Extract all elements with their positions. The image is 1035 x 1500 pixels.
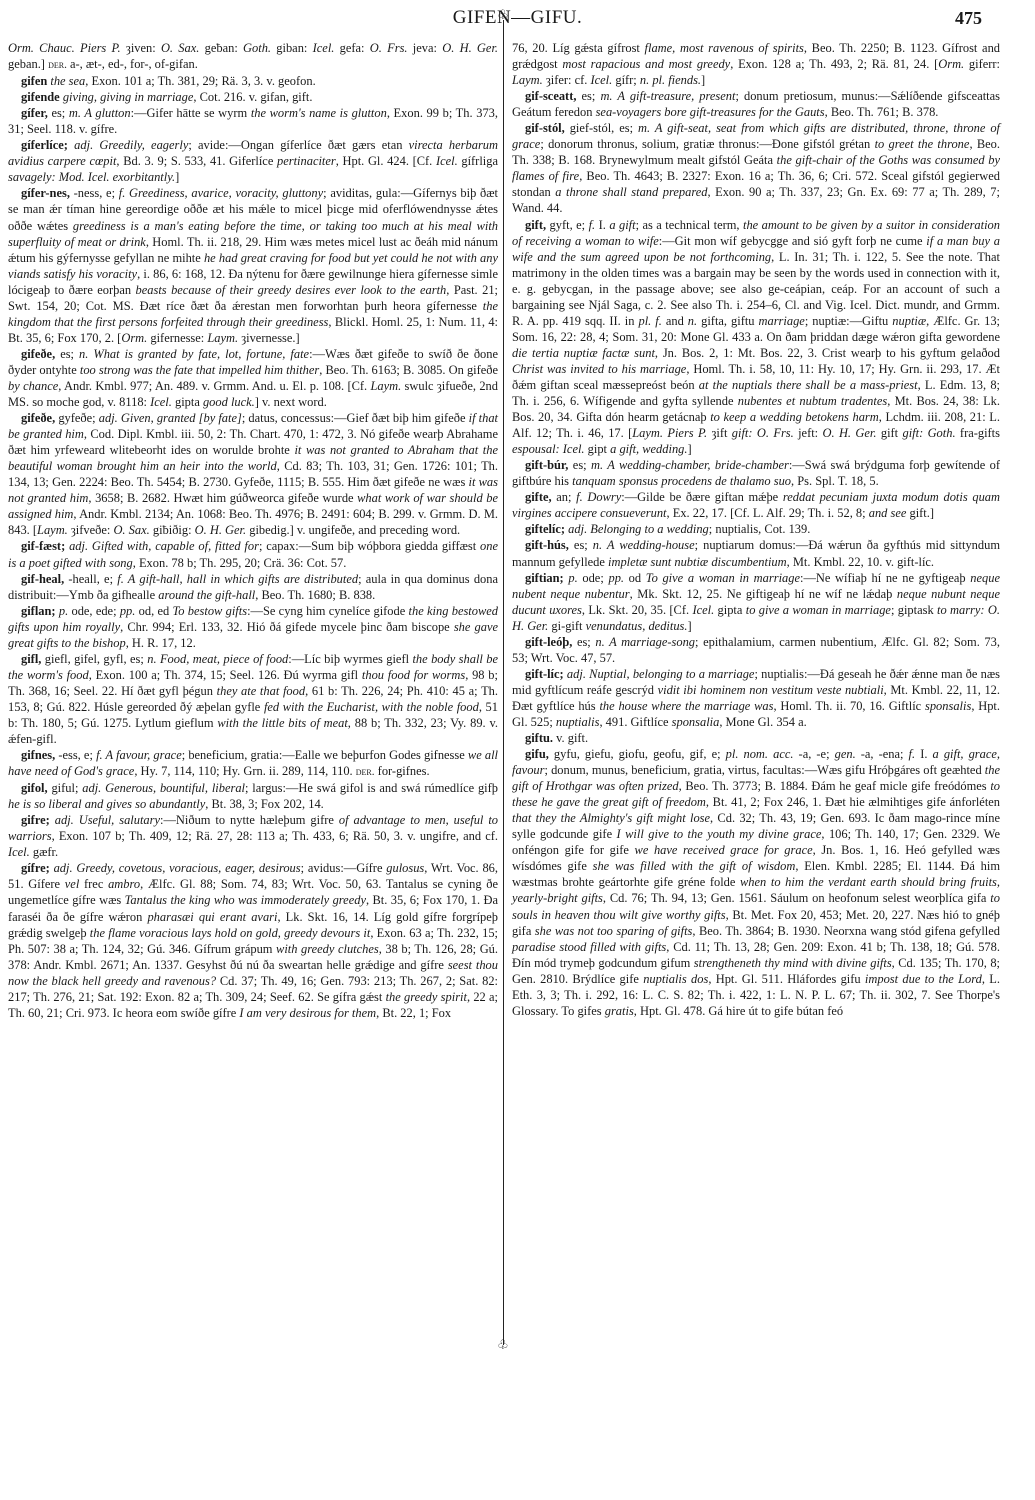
gloss-italic: venundatus, deditus. bbox=[586, 619, 688, 633]
headword: gifnes, bbox=[21, 748, 55, 762]
gloss-italic: vel bbox=[65, 877, 80, 891]
gloss-italic: Laym. bbox=[370, 379, 401, 393]
dictionary-entry: gífer, es; m. A glutton:—Gifer hātte se … bbox=[8, 105, 498, 137]
gloss-italic: p. bbox=[568, 571, 577, 585]
gloss-italic: m. A wedding-chamber, bride-chamber bbox=[591, 458, 789, 472]
entry-text: a-, æt-, ed-, for-, of-gifan. bbox=[67, 57, 198, 71]
gloss-italic: a throne shall stand prepared bbox=[555, 185, 707, 199]
entry-text: , Mk. Skt. 12, 25. Ne giftigeaþ hí ne wí… bbox=[630, 587, 897, 601]
headword: gift-líc; bbox=[525, 667, 564, 681]
entry-text: , Hy. 7, 114, 110; Hy. Grn. ii. 289, 114… bbox=[134, 764, 355, 778]
gloss-italic: Orm. bbox=[121, 331, 147, 345]
entry-text: ; donum, munus, beneficium, gratia, virt… bbox=[544, 763, 984, 777]
entry-text: es; bbox=[55, 347, 79, 361]
headword: giftu. bbox=[525, 731, 553, 745]
gloss-italic: she was not too sparing of gifts bbox=[535, 924, 693, 938]
gloss-italic: pl. nom. acc. bbox=[726, 747, 794, 761]
gloss-italic: n. pl. fiends. bbox=[640, 73, 701, 87]
headword: gift-búr, bbox=[525, 458, 568, 472]
entry-text: jeva: bbox=[408, 41, 443, 55]
entry-text: , Bt. 38, 3; Fox 202, 14. bbox=[205, 797, 324, 811]
headword: gífer, bbox=[21, 106, 48, 120]
gloss-italic: sea-voyagers bore gift-treasures for the… bbox=[596, 105, 825, 119]
gloss-italic: f. Greediness, avarice, voracity, glutto… bbox=[119, 186, 323, 200]
dictionary-entry: giftelíc; adj. Belonging to a wedding; n… bbox=[512, 521, 1000, 537]
entry-text: ; beneficium, gratia:—Ealle we beþurfon … bbox=[182, 748, 468, 762]
gloss-italic: the sea bbox=[50, 74, 85, 88]
gloss-italic: they ate that food bbox=[217, 684, 305, 698]
entry-text: od, ed bbox=[135, 604, 172, 618]
entry-text: I. bbox=[915, 747, 932, 761]
entry-text: , Beo. Th. 3773; B. 1884. Ðám he geaf mi… bbox=[679, 779, 991, 793]
gloss-italic: the greedy spirit bbox=[386, 990, 467, 1004]
gloss-italic: nubentes et nubtum tradentes bbox=[738, 394, 888, 408]
entry-text: gífrliga bbox=[458, 154, 498, 168]
gloss-italic: n. What is granted by fate, lot, fortune… bbox=[79, 347, 309, 361]
gloss-italic: O. H. Ger. bbox=[195, 523, 246, 537]
gloss-italic: most rapacious and most greedy bbox=[562, 57, 730, 71]
entry-text: -a, -ena; bbox=[856, 747, 909, 761]
entry-text: , 491. Giftlíce bbox=[599, 715, 671, 729]
entry-text: , Cd. 76; Th. 94, 13; Gen. 1561. Sáulum … bbox=[603, 891, 990, 905]
entry-text: -ess, e; bbox=[55, 748, 96, 762]
entry-text: , Beo. Th. 3864; B. 1930. Neorxna wang s… bbox=[692, 924, 1000, 938]
gloss-italic: thou food for worms bbox=[362, 668, 465, 682]
entry-text: gyft, e; bbox=[546, 218, 588, 232]
gloss-italic: fed with the Eucharist, with the noble f… bbox=[264, 700, 479, 714]
headword: gífer-nes, bbox=[21, 186, 70, 200]
entry-text: ; donorum thronus, solium, gratiæ thronu… bbox=[540, 137, 874, 151]
dictionary-entry: gifre; adj. Useful, salutary:—Niðum to n… bbox=[8, 812, 498, 860]
headword: gifre; bbox=[21, 813, 50, 827]
entry-text: , Ex. 22, 17. [Cf. L. Alf. 29; Th. i. 52… bbox=[667, 506, 869, 520]
gloss-italic: Icel. bbox=[150, 395, 172, 409]
entry-text: :—Gilde be ðære giftan mǽþe bbox=[621, 490, 783, 504]
entry-text: es; bbox=[576, 89, 600, 103]
entry-text: ȝivernesse.] bbox=[238, 331, 300, 345]
gloss-italic: n. Food, meat, piece of food bbox=[147, 652, 288, 666]
gloss-italic: he is so liberal and gives so abundantly bbox=[8, 797, 205, 811]
fleuron-icon: ♧ bbox=[497, 1338, 509, 1351]
dictionary-entry: gif-heal, -heall, e; f. A gift-hall, hal… bbox=[8, 571, 498, 603]
gloss-italic: nuptialis dos bbox=[643, 972, 708, 986]
gloss-italic: tanquam sponsus procedens de thalamo suo bbox=[572, 474, 791, 488]
entry-text: es; bbox=[568, 458, 591, 472]
entry-text: an; bbox=[552, 490, 577, 504]
small-caps-label: der. bbox=[356, 766, 375, 778]
entry-text: ; nuptiæ:—Giftu bbox=[805, 314, 892, 328]
gloss-italic: impost due to the Lord bbox=[865, 972, 982, 986]
gloss-italic: n. bbox=[688, 314, 697, 328]
gloss-italic: Tantalus the king who was immoderately g… bbox=[125, 893, 366, 907]
dictionary-entry: gifol, giful; adj. Generous, bountiful, … bbox=[8, 780, 498, 812]
headword: gifu, bbox=[525, 747, 549, 761]
entry-text: gyfeðe; bbox=[55, 411, 99, 425]
entry-text: -ness, e; bbox=[70, 186, 119, 200]
entry-text: frec bbox=[79, 877, 108, 891]
headword: giflan; bbox=[21, 604, 56, 618]
headword: gif-fæst; bbox=[21, 539, 65, 553]
gloss-italic: O. Frs. bbox=[370, 41, 408, 55]
headword: gifeðe, bbox=[21, 411, 55, 425]
entry-text: ; nuptialis, Cot. 139. bbox=[709, 522, 811, 536]
gloss-italic: adj. Useful, salutary bbox=[55, 813, 160, 827]
gloss-italic: with the little bits of meat bbox=[217, 716, 347, 730]
entry-text: ; avidus:—Gífre bbox=[301, 861, 387, 875]
entry-text: ; datus, concessus:—Gief ðæt biþ him gif… bbox=[242, 411, 469, 425]
gloss-italic: gen. bbox=[835, 747, 856, 761]
entry-text: , Exon. 78 b; Th. 295, 20; Crä. 36: Cot.… bbox=[133, 556, 347, 570]
entry-text: jeft: bbox=[794, 426, 823, 440]
gloss-italic: adj. Belonging to a wedding bbox=[568, 522, 709, 536]
gloss-italic: the worm's name is glutton bbox=[251, 106, 387, 120]
gloss-italic: around the gift-hall bbox=[158, 588, 255, 602]
entry-text: gipt bbox=[585, 442, 611, 456]
entry-text: for-gifnes. bbox=[375, 764, 430, 778]
dictionary-entry: giftian; p. ode; pp. od To give a woman … bbox=[512, 570, 1000, 634]
entry-text: ȝifer: cf. bbox=[543, 73, 591, 87]
gloss-italic: pl. f. bbox=[638, 314, 661, 328]
gloss-italic: a gift bbox=[609, 218, 635, 232]
entry-text: :—Gifer hātte se wyrm bbox=[131, 106, 251, 120]
gloss-italic: To bestow gifts bbox=[173, 604, 248, 618]
headword: gifen bbox=[21, 74, 47, 88]
entry-text: gæfr. bbox=[30, 845, 58, 859]
entry-text: , Hpt. Gl. 478. Gá hire út to gife bútan… bbox=[634, 1004, 843, 1018]
gloss-italic: pp. bbox=[608, 571, 624, 585]
entry-text: ] bbox=[688, 442, 692, 456]
dictionary-entry: gifu, gyfu, giefu, giofu, geofu, gif, e;… bbox=[512, 746, 1000, 1019]
entry-text: ; largus:—He swá gifol is and swá rúmedl… bbox=[245, 781, 498, 795]
gloss-italic: Laym. bbox=[207, 331, 238, 345]
dictionary-entry: Orm. Chauc. Piers P. ȝiven: O. Sax. geƀa… bbox=[8, 40, 498, 73]
entry-text: gefa: bbox=[334, 41, 369, 55]
gloss-italic: with greedy clutches bbox=[276, 942, 379, 956]
gloss-italic: we have received grace for grace bbox=[635, 843, 813, 857]
entry-text: ȝifveðe: bbox=[68, 523, 114, 537]
entry-text: , Lk. Skt. 20, 35. [Cf. bbox=[582, 603, 693, 617]
entry-text: giful; bbox=[48, 781, 83, 795]
gloss-italic: O. Sax. bbox=[113, 523, 149, 537]
gloss-italic: adj. Generous, bountiful, liberal bbox=[82, 781, 245, 795]
headword: gif-sceatt, bbox=[525, 89, 576, 103]
dictionary-entry: gífre; adj. Greedy, covetous, voracious,… bbox=[8, 860, 498, 1020]
gloss-italic: adj. Gifted with, capable of, fitted for bbox=[69, 539, 259, 553]
entry-text: od bbox=[624, 571, 646, 585]
dictionary-entry: gifnes, -ess, e; f. A favour, grace; ben… bbox=[8, 747, 498, 780]
entry-text: , Andr. Kmbl. 977; An. 489. v. Grmm. And… bbox=[58, 379, 370, 393]
gloss-italic: Laym. bbox=[37, 523, 68, 537]
entry-text: , Chr. 994; Erl. 133, 32. Hió ðá gifede … bbox=[120, 620, 454, 634]
dictionary-entry: giftu. v. gift. bbox=[512, 730, 1000, 746]
entry-text: gift.] bbox=[906, 506, 934, 520]
entry-text: , Beo. Th. 1680; B. 838. bbox=[255, 588, 375, 602]
entry-text: , Beo. Th. 6163; B. 3085. On gifeðe bbox=[319, 363, 498, 377]
entry-text: es; bbox=[572, 635, 595, 649]
entry-text: gibedig.] v. ungifeðe, and preceding wor… bbox=[246, 523, 460, 537]
entry-text: :—Niðum to nytte hæleþum gifre bbox=[160, 813, 339, 827]
gloss-italic: paradise stood filled with gifts bbox=[512, 940, 666, 954]
entry-text: , H. R. 17, 12. bbox=[126, 636, 196, 650]
headword: gíferlíce; bbox=[21, 138, 68, 152]
gloss-italic: gratis bbox=[605, 1004, 634, 1018]
entry-text: giefl, gifel, gyfl, es; bbox=[41, 652, 147, 666]
gloss-italic: Goth. bbox=[243, 41, 271, 55]
gloss-italic: Icel. bbox=[692, 603, 714, 617]
gloss-italic: Icel. bbox=[313, 41, 335, 55]
entry-text: , Exon. 128 a; Th. 493, 2; Rä. 81, 24. [ bbox=[730, 57, 938, 71]
dictionary-entry: gif-stól, gief-stól, es; m. A gift-seat,… bbox=[512, 120, 1000, 216]
entry-text: , Bd. 3. 9; S. 533, 41. Giferlíce bbox=[116, 154, 277, 168]
page-header: GIFEN—GIFU. 475 bbox=[0, 4, 1035, 32]
gloss-italic: adj. Nuptial, belonging to a marriage bbox=[567, 667, 755, 681]
gloss-italic: nuptiæ bbox=[892, 314, 926, 328]
gloss-italic: savagely: Mod. Icel. exorbitantly. bbox=[8, 170, 175, 184]
headword: gifl, bbox=[21, 652, 41, 666]
entry-text: 76, 20. Líg gǽsta gífrost bbox=[512, 41, 645, 55]
entry-text: gift bbox=[876, 426, 902, 440]
entry-text: ] v. next word. bbox=[255, 395, 327, 409]
gloss-italic: adj. Greedily, eagerly bbox=[74, 138, 188, 152]
entry-text: giferr: bbox=[964, 57, 1000, 71]
entry-text: -a, -e; bbox=[793, 747, 834, 761]
entry-text: , Jn. Bos. 2, 1: Mt. Bos. 22, 3. Crist w… bbox=[655, 346, 1000, 360]
headword: gifeðe, bbox=[21, 347, 55, 361]
entry-text: and bbox=[662, 314, 688, 328]
fleuron-icon: ♧ bbox=[497, 8, 509, 21]
gloss-italic: O. Sax. bbox=[161, 41, 199, 55]
entry-text: gifta, giftu bbox=[697, 314, 758, 328]
headword: gift-hús, bbox=[525, 538, 569, 552]
headword: gif-stól, bbox=[525, 121, 565, 135]
dictionary-entry: gíferlíce; adj. Greedily, eagerly; avide… bbox=[8, 137, 498, 185]
gloss-italic: die tertia nuptiæ factæ sunt bbox=[512, 346, 655, 360]
entry-text: , Mone Gl. 354 a. bbox=[719, 715, 806, 729]
dictionary-entry: gift-leóþ, es; n. A marriage-song; epith… bbox=[512, 634, 1000, 666]
entry-text: , 3658; B. 2682. Hwæt him gúðweorca gife… bbox=[88, 491, 357, 505]
entry-text: geƀan: bbox=[199, 41, 243, 55]
gloss-italic: the house where the marriage was bbox=[599, 699, 773, 713]
gloss-italic: adj. Greedy, covetous, voracious, eager,… bbox=[54, 861, 301, 875]
gloss-italic: and see bbox=[869, 506, 907, 520]
entry-text: fra-gifts bbox=[956, 426, 1000, 440]
entry-text: gief-stól, es; bbox=[565, 121, 638, 135]
gloss-italic: m. A glutton bbox=[69, 106, 131, 120]
small-caps-label: der. bbox=[48, 59, 67, 71]
entry-text: gipta bbox=[714, 603, 746, 617]
column-divider bbox=[503, 20, 504, 1345]
gloss-italic: f. A favour, grace bbox=[96, 748, 182, 762]
entry-text: :—Git mon wíf gebycgge and sió gyft forþ… bbox=[659, 234, 927, 248]
entry-text: ; capax:—Sum biþ wóþbora giedda giffæst bbox=[259, 539, 480, 553]
gloss-italic: Icel. bbox=[590, 73, 612, 87]
gloss-italic: marriage bbox=[759, 314, 805, 328]
gloss-italic: O. H. Ger. bbox=[442, 41, 498, 55]
gloss-italic: giving, giving in marriage bbox=[63, 90, 194, 104]
entry-text: ] bbox=[688, 619, 692, 633]
entry-text: ] bbox=[175, 170, 179, 184]
entry-text: ; giptask bbox=[891, 603, 937, 617]
gloss-italic: beasts because of their greedy desires e… bbox=[136, 283, 447, 297]
entry-text: , Mt. Kmbl. 22, 10. v. gift-líc. bbox=[787, 555, 934, 569]
dictionary-entry: gífer-nes, -ness, e; f. Greediness, avar… bbox=[8, 185, 498, 345]
headword: gifte, bbox=[525, 490, 552, 504]
gloss-italic: gift: Goth. bbox=[902, 426, 955, 440]
entry-text: ode; bbox=[578, 571, 609, 585]
gloss-italic: Orm. bbox=[938, 57, 964, 71]
gloss-italic: pertinaciter bbox=[277, 154, 336, 168]
entry-text: , Homl. Th. ii. 70, 16. Giftlíc bbox=[773, 699, 925, 713]
entry-text: , Beo. Th. 761; B. 378. bbox=[825, 105, 939, 119]
entry-text: :—Líc biþ wyrmes giefl bbox=[288, 652, 412, 666]
gloss-italic: adj. Given, granted [by fate] bbox=[99, 411, 242, 425]
entry-text: giƀiðig: bbox=[150, 523, 195, 537]
headword: gif-heal, bbox=[21, 572, 64, 586]
gloss-italic: gulosus bbox=[386, 861, 424, 875]
gloss-italic: p. bbox=[59, 604, 68, 618]
dictionary-entry: gifende giving, giving in marriage, Cot.… bbox=[8, 89, 498, 105]
entry-text: I. bbox=[595, 218, 609, 232]
entry-text: , Exon. 100 a; Th. 374, 15; Seel. 126. Ð… bbox=[89, 668, 362, 682]
gloss-italic: espousal: Icel. bbox=[512, 442, 585, 456]
gloss-italic: m. A gift-treasure, present bbox=[600, 89, 735, 103]
right-column: 76, 20. Líg gǽsta gífrost flame, most ra… bbox=[512, 40, 1000, 1019]
gloss-italic: she was filled with the gift of wisdom bbox=[593, 859, 796, 873]
entry-text: ] bbox=[701, 73, 705, 87]
gloss-italic: pp. bbox=[120, 604, 136, 618]
gloss-italic: the flame voracious lays hold on gold, g… bbox=[90, 926, 371, 940]
gloss-italic: Icel. bbox=[8, 845, 30, 859]
entry-text: , Hpt. Gl. 511. Hláfordes gifu bbox=[708, 972, 865, 986]
entry-text: ȝift bbox=[707, 426, 732, 440]
entry-text: :—Ne wífiaþ hí ne ne gyftigeaþ bbox=[800, 571, 970, 585]
entry-text: -heall, e; bbox=[64, 572, 117, 586]
gloss-italic: by chance bbox=[8, 379, 58, 393]
entry-text: , Bt. 22, 1; Fox bbox=[376, 1006, 451, 1020]
gloss-italic: Orm. Chauc. Piers P. bbox=[8, 41, 121, 55]
entry-text: , Exon. 107 b; Th. 409, 12; Rä. 27, 28: … bbox=[52, 829, 498, 843]
entry-text: gifernesse: bbox=[147, 331, 207, 345]
gloss-italic: Laym. Piers P. bbox=[632, 426, 707, 440]
gloss-italic: at the nuptials there shall be a mass-pr… bbox=[699, 378, 918, 392]
gloss-italic: f. Dowry bbox=[576, 490, 621, 504]
gloss-italic: impletæ sunt nubtiæ discumbentium bbox=[608, 555, 787, 569]
headword: gift, bbox=[525, 218, 546, 232]
dictionary-entry: gif-sceatt, es; m. A gift-treasure, pres… bbox=[512, 88, 1000, 120]
headword: gift-leóþ, bbox=[525, 635, 572, 649]
dictionary-entry: gif-fæst; adj. Gifted with, capable of, … bbox=[8, 538, 498, 570]
gloss-italic: that they the Almighty's gift might lose bbox=[512, 811, 710, 825]
entry-text: , Ps. Spl. T. 18, 5. bbox=[791, 474, 879, 488]
gloss-italic: sponsalis bbox=[925, 699, 971, 713]
gloss-italic: O. H. Ger. bbox=[823, 426, 877, 440]
left-column: Orm. Chauc. Piers P. ȝiven: O. Sax. geƀa… bbox=[8, 40, 498, 1021]
entry-text: ȝiven: bbox=[121, 41, 161, 55]
dictionary-entry: gift-búr, es; m. A wedding-chamber, brid… bbox=[512, 457, 1000, 489]
gloss-italic: to give a woman in marriage bbox=[746, 603, 891, 617]
entry-text: geban.] bbox=[8, 57, 48, 71]
headword: giftian; bbox=[525, 571, 564, 585]
gloss-italic: f. A gift-hall, hall in which gifts are … bbox=[117, 572, 358, 586]
headword: gífre; bbox=[21, 861, 50, 875]
entry-text: es; bbox=[48, 106, 69, 120]
dictionary-entry: gifeðe, es; n. What is granted by fate, … bbox=[8, 346, 498, 410]
entry-text: gyfu, giefu, giofu, geofu, gif, e; bbox=[549, 747, 726, 761]
entry-text: gífr; bbox=[612, 73, 640, 87]
dictionary-entry: gifl, giefl, gifel, gyfl, es; n. Food, m… bbox=[8, 651, 498, 747]
gloss-italic: n. A wedding-house bbox=[593, 538, 695, 552]
gloss-italic: I will give to the youth my divine grace bbox=[617, 827, 822, 841]
entry-text: , Bt. 41, 2; Fox 246, 1. Ðæt hie ælmihti… bbox=[706, 795, 1000, 809]
gloss-italic: gift: O. Frs. bbox=[732, 426, 794, 440]
gloss-italic: too strong was the fate that impelled hi… bbox=[80, 363, 319, 377]
entry-text: es; bbox=[569, 538, 593, 552]
entry-text: ode, ede; bbox=[68, 604, 120, 618]
running-head: GIFEN—GIFU. bbox=[0, 7, 1035, 29]
gloss-italic: I am very desirous for them bbox=[239, 1006, 376, 1020]
dictionary-entry: gifen the sea, Exon. 101 a; Th. 381, 29;… bbox=[8, 73, 498, 89]
gloss-italic: Icel. bbox=[436, 154, 458, 168]
gloss-italic: To give a woman in marriage bbox=[646, 571, 800, 585]
headword: giftelíc; bbox=[525, 522, 565, 536]
entry-text: :—Se cyng him cynelíce gifode bbox=[247, 604, 408, 618]
gloss-italic: a gift, wedding. bbox=[610, 442, 687, 456]
gloss-italic: flame, most ravenous of spirits bbox=[645, 41, 804, 55]
gloss-italic: good luck. bbox=[203, 395, 255, 409]
gloss-italic: pharasæi qui erant avari bbox=[147, 910, 277, 924]
gloss-italic: ambro bbox=[108, 877, 140, 891]
gloss-italic: n. A marriage-song bbox=[595, 635, 695, 649]
headword: gifende bbox=[21, 90, 60, 104]
entry-text: giban: bbox=[271, 41, 313, 55]
gloss-italic: to greet the throne bbox=[875, 137, 970, 151]
gloss-italic: sponsalia bbox=[672, 715, 720, 729]
entry-text: , Exon. 101 a; Th. 381, 29; Rä. 3, 3. v.… bbox=[85, 74, 315, 88]
gloss-italic: vidit ibi hominem non vestitum veste nub… bbox=[658, 683, 884, 697]
entry-text: gi-gift bbox=[548, 619, 585, 633]
dictionary-entry: gift-líc; adj. Nuptial, belonging to a m… bbox=[512, 666, 1000, 730]
entry-text: , Hpt. Gl. 424. [Cf. bbox=[336, 154, 436, 168]
entry-text: ; avide:—Ongan gíferlíce ðæt gærs etan bbox=[188, 138, 408, 152]
gloss-italic: Laym. bbox=[512, 73, 543, 87]
entry-text: , Cot. 216. v. gifan, gift. bbox=[193, 90, 312, 104]
gloss-italic: strengtheneth thy mind with divine gifts bbox=[694, 956, 892, 970]
dictionary-entry: gifeðe, gyfeðe; adj. Given, granted [by … bbox=[8, 410, 498, 538]
dictionary-entry: giflan; p. ode, ede; pp. od, ed To besto… bbox=[8, 603, 498, 651]
headword: gifol, bbox=[21, 781, 48, 795]
dictionary-entry: 76, 20. Líg gǽsta gífrost flame, most ra… bbox=[512, 40, 1000, 88]
gloss-italic: to keep a wedding betokens harm bbox=[710, 410, 879, 424]
dictionary-entry: gifte, an; f. Dowry:—Gilde be ðære gifta… bbox=[512, 489, 1000, 521]
entry-text: gipta bbox=[172, 395, 203, 409]
gloss-italic: nuptialis bbox=[556, 715, 600, 729]
entry-text: ; as a technical term, bbox=[636, 218, 743, 232]
dictionary-entry: gift, gyft, e; f. I. a gift; as a techni… bbox=[512, 217, 1000, 458]
dictionary-entry: gift-hús, es; n. A wedding-house; nuptia… bbox=[512, 537, 1000, 569]
gloss-italic: Christ was invited to his marriage bbox=[512, 362, 686, 376]
page-number: 475 bbox=[955, 8, 982, 29]
entry-text: v. gift. bbox=[553, 731, 588, 745]
